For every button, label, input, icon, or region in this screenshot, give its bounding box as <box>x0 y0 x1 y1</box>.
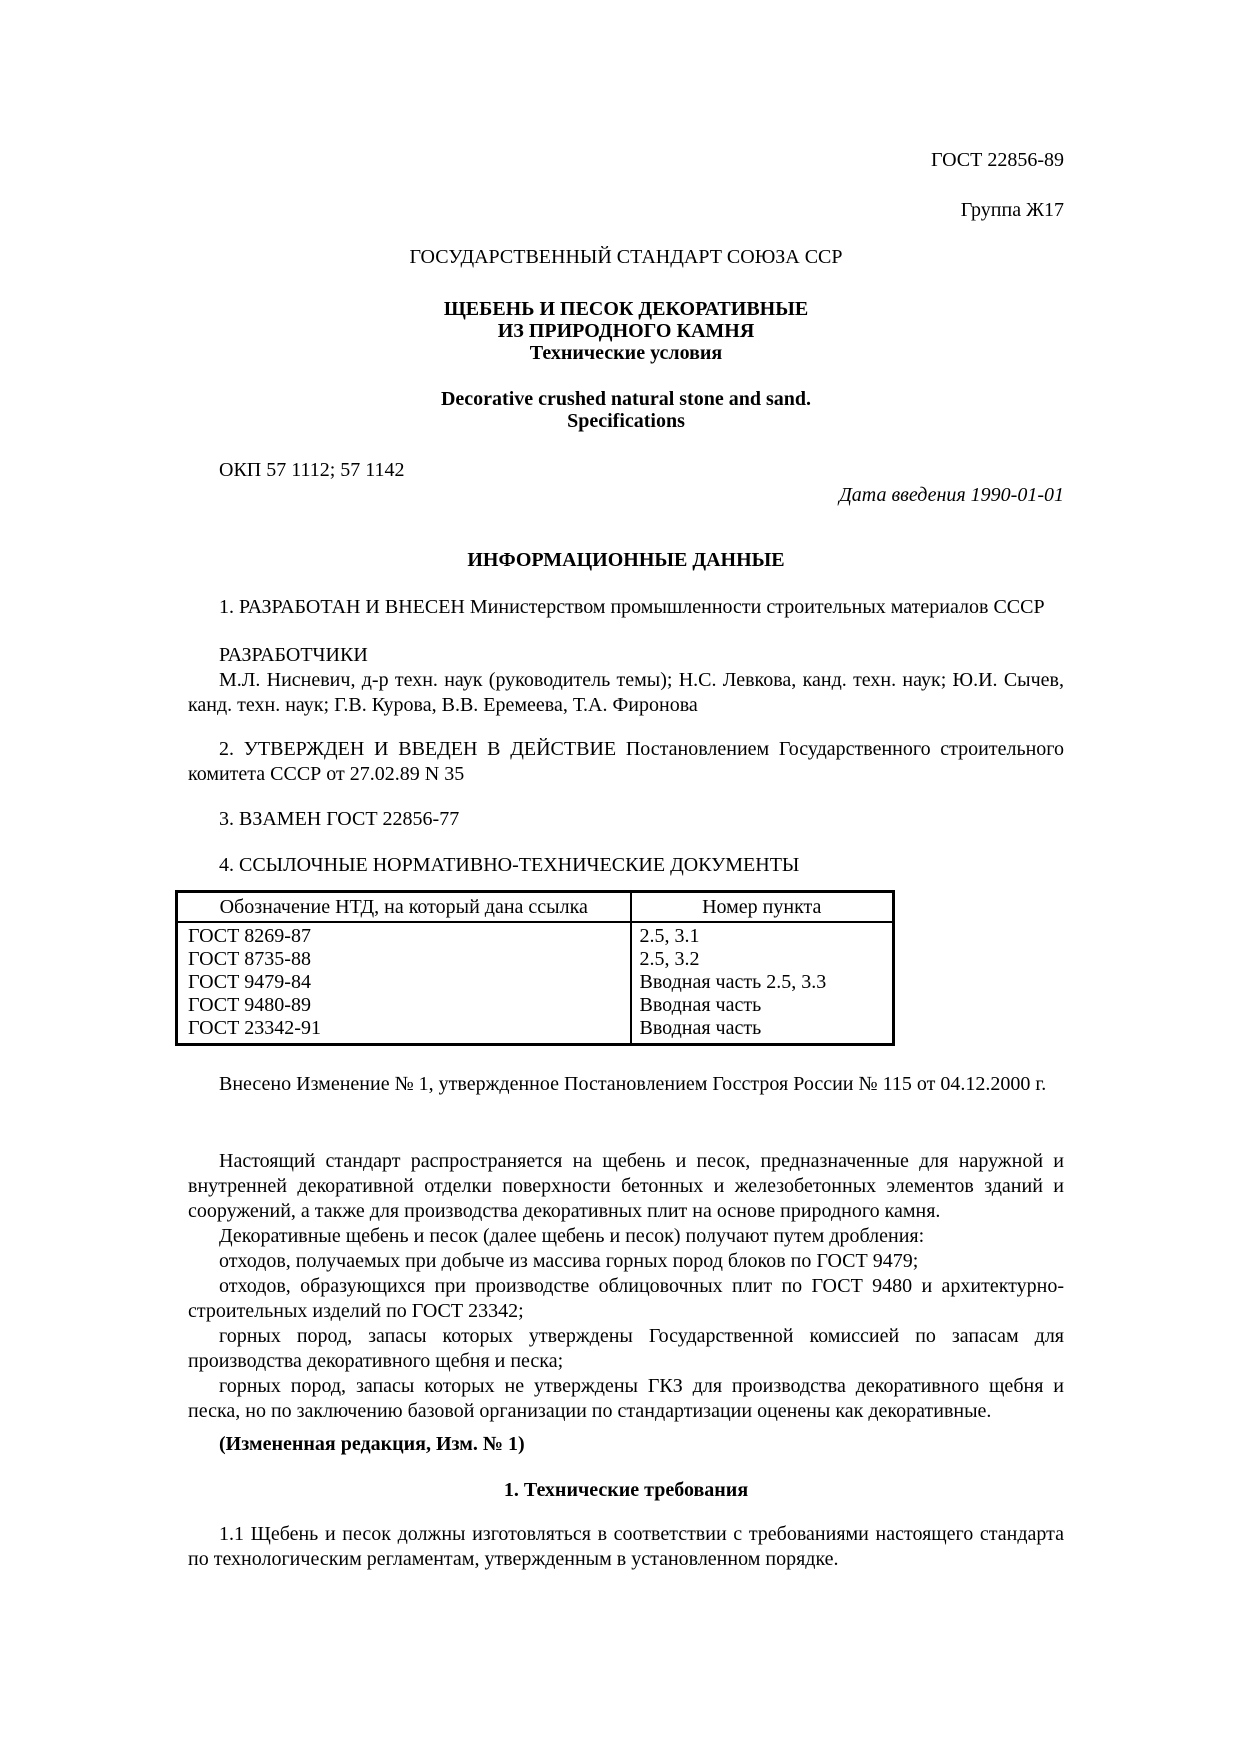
title-english: Decorative crushed natural stone and san… <box>188 388 1064 432</box>
okp-code: ОКП 57 1112; 57 1142 <box>188 458 1064 483</box>
info-item-1: 1. РАЗРАБОТАН И ВНЕСЕН Министерством про… <box>188 595 1064 620</box>
references-col1-header: Обозначение НТД, на который дана ссылка <box>177 892 631 923</box>
table-row: ГОСТ 8735-88 2.5, 3.2 <box>177 948 894 971</box>
title-en-line2: Specifications <box>188 410 1064 432</box>
references-table-header-row: Обозначение НТД, на который дана ссылка … <box>177 892 894 923</box>
clause-cell: 2.5, 3.1 <box>631 922 894 948</box>
ntd-cell: ГОСТ 8269-87 <box>177 922 631 948</box>
section-1-heading: 1. Технические требования <box>188 1478 1064 1503</box>
scope-paragraph-3: отходов, получаемых при добыче из массив… <box>188 1249 1064 1274</box>
table-row: ГОСТ 23342-91 Вводная часть <box>177 1017 894 1045</box>
table-row: ГОСТ 8269-87 2.5, 3.1 <box>177 922 894 948</box>
title-ru-line1: ЩЕБЕНЬ И ПЕСОК ДЕКОРАТИВНЫЕ <box>188 298 1064 320</box>
scope-paragraph-4: отходов, образующихся при производстве о… <box>188 1274 1064 1324</box>
clause-1-1: 1.1 Щебень и песок должны изготовляться … <box>188 1522 1064 1572</box>
clause-cell: Вводная часть 2.5, 3.3 <box>631 971 894 994</box>
table-row: ГОСТ 9480-89 Вводная часть <box>177 994 894 1017</box>
scope-paragraph-2: Декоративные щебень и песок (далее щебен… <box>188 1224 1064 1249</box>
title-en-line1: Decorative crushed natural stone and san… <box>188 388 1064 410</box>
clause-cell: Вводная часть <box>631 1017 894 1045</box>
developers-list: М.Л. Нисневич, д-р техн. наук (руководит… <box>188 668 1064 718</box>
clause-cell: Вводная часть <box>631 994 894 1017</box>
ntd-cell: ГОСТ 23342-91 <box>177 1017 631 1045</box>
doc-number: ГОСТ 22856-89 <box>188 148 1064 173</box>
scope-paragraph-1: Настоящий стандарт распространяется на щ… <box>188 1149 1064 1224</box>
amended-edition-note: (Измененная редакция, Изм. № 1) <box>188 1432 1064 1457</box>
title-ru-line2: ИЗ ПРИРОДНОГО КАМНЯ <box>188 320 1064 342</box>
info-item-4: 4. ССЫЛОЧНЫЕ НОРМАТИВНО-ТЕХНИЧЕСКИЕ ДОКУ… <box>188 853 1064 878</box>
amendment-note: Внесено Изменение № 1, утвержденное Пост… <box>188 1072 1064 1097</box>
references-table: Обозначение НТД, на который дана ссылка … <box>175 890 895 1046</box>
scope-paragraph-6: горных пород, запасы которых не утвержде… <box>188 1374 1064 1424</box>
standard-type-heading: ГОСУДАРСТВЕННЫЙ СТАНДАРТ СОЮЗА ССР <box>188 245 1064 270</box>
title-ru-line3: Технические условия <box>188 342 1064 364</box>
table-row: ГОСТ 9479-84 Вводная часть 2.5, 3.3 <box>177 971 894 994</box>
info-item-2: 2. УТВЕРЖДЕН И ВВЕДЕН В ДЕЙСТВИЕ Постано… <box>188 737 1064 787</box>
info-item-3: 3. ВЗАМЕН ГОСТ 22856-77 <box>188 807 1064 832</box>
document-page: ГОСТ 22856-89 Группа Ж17 ГОСУДАРСТВЕННЫЙ… <box>0 0 1240 1755</box>
introduction-date: Дата введения 1990-01-01 <box>188 483 1064 508</box>
ntd-cell: ГОСТ 9479-84 <box>177 971 631 994</box>
ntd-cell: ГОСТ 9480-89 <box>177 994 631 1017</box>
references-col2-header: Номер пункта <box>631 892 894 923</box>
scope-paragraph-5: горных пород, запасы которых утверждены … <box>188 1324 1064 1374</box>
title-russian: ЩЕБЕНЬ И ПЕСОК ДЕКОРАТИВНЫЕ ИЗ ПРИРОДНОГ… <box>188 298 1064 364</box>
developers-label: РАЗРАБОТЧИКИ <box>188 643 1064 668</box>
doc-group: Группа Ж17 <box>188 198 1064 223</box>
info-data-heading: ИНФОРМАЦИОННЫЕ ДАННЫЕ <box>188 548 1064 573</box>
clause-cell: 2.5, 3.2 <box>631 948 894 971</box>
ntd-cell: ГОСТ 8735-88 <box>177 948 631 971</box>
